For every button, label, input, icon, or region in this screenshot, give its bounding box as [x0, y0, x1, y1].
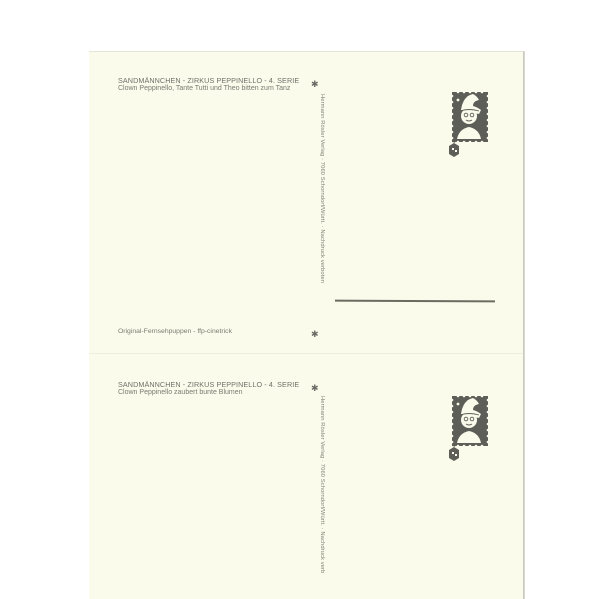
address-line: [335, 300, 495, 302]
card-subtitle: Clown Peppinello zaubert bunte Blumen: [118, 389, 243, 396]
star-mark-icon: ✱: [311, 80, 319, 89]
postcard-sheet: SANDMÄNNCHEN - ZIRKUS PEPPINELLO - 4. SE…: [89, 51, 524, 599]
sandman-stamp-icon: [444, 392, 504, 467]
publisher-imprint: Hermann Rösler Verlag · 7060 Schorndorf/…: [319, 396, 325, 599]
postcard-bottom: SANDMÄNNCHEN - ZIRKUS PEPPINELLO - 4. SE…: [89, 354, 523, 599]
publisher-imprint: Hermann Rösler Verlag · 7060 Schorndorf/…: [319, 94, 325, 294]
card-subtitle: Clown Peppinello, Tante Tutti und Theo b…: [118, 85, 290, 92]
star-mark-icon: ✱: [311, 384, 319, 393]
sandman-stamp-icon: [444, 88, 504, 163]
card-title: SANDMÄNNCHEN - ZIRKUS PEPPINELLO - 4. SE…: [118, 380, 299, 389]
card-title: SANDMÄNNCHEN - ZIRKUS PEPPINELLO - 4. SE…: [118, 76, 299, 85]
card-footer: Original-Fernsehpuppen - ffp-cinetrick: [118, 328, 232, 335]
star-mark-icon: ✱: [311, 330, 319, 339]
postcard-top: SANDMÄNNCHEN - ZIRKUS PEPPINELLO - 4. SE…: [89, 52, 523, 353]
